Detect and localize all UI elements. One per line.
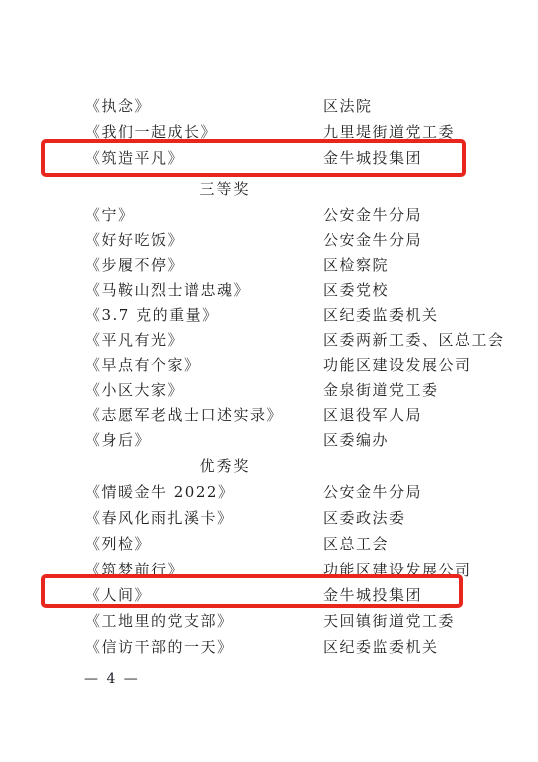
org-name: 功能区建设发展公司	[323, 559, 500, 580]
org-name: 公安金牛分局	[323, 229, 500, 250]
work-title: 《平凡有光》	[85, 329, 323, 350]
page-number: — 4 —	[84, 671, 140, 687]
work-title: 《工地里的党支部》	[85, 610, 323, 631]
work-title: 《列检》	[85, 533, 323, 554]
org-name: 金牛城投集团	[323, 584, 500, 605]
award-row: 《好好吃饭》 公安金牛分局	[85, 227, 500, 252]
award-row-highlighted: 《筑造平凡》 金牛城投集团	[85, 145, 500, 171]
work-title: 《身后》	[85, 429, 323, 450]
section-heading-excellence-prize: 优秀奖	[85, 453, 365, 479]
award-row: 《平凡有光》 区委两新工委、区总工会	[85, 327, 500, 352]
work-title: 《筑造平凡》	[85, 147, 323, 168]
award-row: 《工地里的党支部》 天回镇街道党工委	[85, 608, 500, 634]
org-name: 区检察院	[323, 254, 500, 275]
org-name: 功能区建设发展公司	[323, 354, 500, 375]
work-title: 《筑梦前行》	[85, 559, 323, 580]
award-row: 《志愿军老战士口述实录》 区退役军人局	[85, 402, 500, 427]
award-row: 《小区大家》 金泉街道党工委	[85, 377, 500, 402]
award-row: 《身后》 区委编办	[85, 427, 500, 452]
award-row: 《3.7 克的重量》 区纪委监委机关	[85, 302, 500, 327]
award-row: 《筑梦前行》 功能区建设发展公司	[85, 556, 500, 582]
work-title: 《好好吃饭》	[85, 229, 323, 250]
award-row: 《马鞍山烈士谱忠魂》 区委党校	[85, 277, 500, 302]
org-name: 公安金牛分局	[323, 204, 500, 225]
work-title: 《春风化雨扎溪卡》	[85, 507, 323, 528]
award-row: 《列检》 区总工会	[85, 530, 500, 556]
section-continuation: 《执念》 区法院 《我们一起成长》 九里堤街道党工委 《筑造平凡》 金牛城投集团	[85, 92, 500, 171]
work-title: 《宁》	[85, 204, 323, 225]
work-title: 《3.7 克的重量》	[85, 304, 323, 325]
org-name: 区退役军人局	[323, 404, 500, 425]
org-name: 区委党校	[323, 279, 500, 300]
award-row: 《执念》 区法院	[85, 92, 500, 118]
org-name: 金泉街道党工委	[323, 379, 500, 400]
section-heading-third-prize: 三等奖	[85, 176, 365, 202]
org-name: 区总工会	[323, 533, 500, 554]
org-name: 区委政法委	[323, 507, 500, 528]
org-name: 区委编办	[323, 429, 500, 450]
scanned-document-page: 《执念》 区法院 《我们一起成长》 九里堤街道党工委 《筑造平凡》 金牛城投集团…	[0, 0, 538, 762]
org-name: 区纪委监委机关	[323, 636, 500, 657]
award-row: 《信访干部的一天》 区纪委监委机关	[85, 634, 500, 660]
work-title: 《情暖金牛 2022》	[85, 481, 323, 502]
section-excellence-prize: 《情暖金牛 2022》 公安金牛分局 《春风化雨扎溪卡》 区委政法委 《列检》 …	[85, 479, 500, 660]
award-row-highlighted: 《人间》 金牛城投集团	[85, 582, 500, 608]
org-name: 区纪委监委机关	[323, 304, 500, 325]
org-name: 天回镇街道党工委	[323, 610, 500, 631]
work-title: 《志愿军老战士口述实录》	[85, 404, 323, 425]
work-title: 《步履不停》	[85, 254, 323, 275]
work-title: 《信访干部的一天》	[85, 636, 323, 657]
award-row: 《早点有个家》 功能区建设发展公司	[85, 352, 500, 377]
award-row: 《步履不停》 区检察院	[85, 252, 500, 277]
org-name: 区委两新工委、区总工会	[323, 329, 505, 350]
org-name: 公安金牛分局	[323, 481, 500, 502]
work-title: 《执念》	[85, 95, 323, 116]
award-row: 《春风化雨扎溪卡》 区委政法委	[85, 505, 500, 531]
work-title: 《早点有个家》	[85, 354, 323, 375]
work-title: 《小区大家》	[85, 379, 323, 400]
work-title: 《人间》	[85, 584, 323, 605]
org-name: 区法院	[323, 95, 500, 116]
org-name: 金牛城投集团	[323, 147, 500, 168]
org-name: 九里堤街道党工委	[323, 121, 500, 142]
award-row: 《宁》 公安金牛分局	[85, 202, 500, 227]
work-title: 《我们一起成长》	[85, 121, 323, 142]
award-list: 《执念》 区法院 《我们一起成长》 九里堤街道党工委 《筑造平凡》 金牛城投集团…	[85, 92, 500, 659]
award-row: 《我们一起成长》 九里堤街道党工委	[85, 118, 500, 144]
section-third-prize: 《宁》 公安金牛分局 《好好吃饭》 公安金牛分局 《步履不停》 区检察院 《马鞍…	[85, 202, 500, 452]
work-title: 《马鞍山烈士谱忠魂》	[85, 279, 323, 300]
award-row: 《情暖金牛 2022》 公安金牛分局	[85, 479, 500, 505]
